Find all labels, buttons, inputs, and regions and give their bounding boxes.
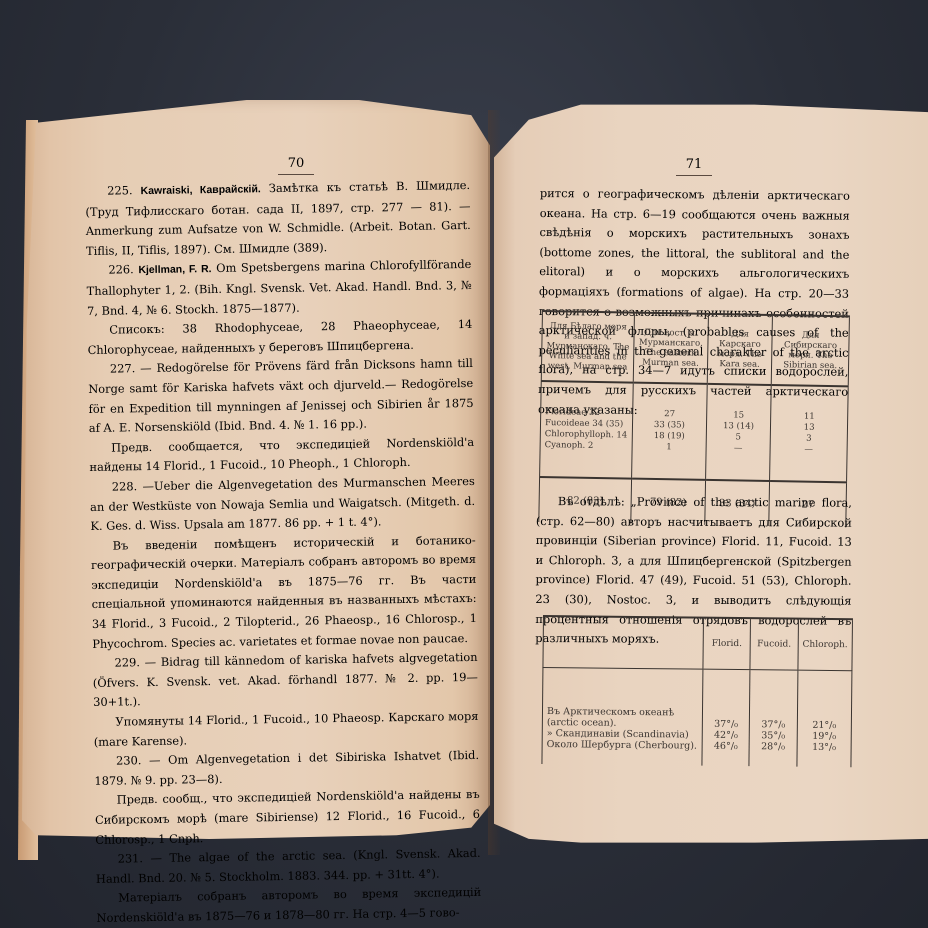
entry-number: 231.: [118, 851, 144, 865]
col-header: Для Бѣлаго моря и запад. ч. Мурманскаго.…: [541, 311, 634, 383]
col-header: Fucoid.: [750, 618, 798, 670]
left-page-number: 70: [266, 156, 326, 175]
open-book: 70 225. Kawraiski, Кавpайскій. Замѣтка к…: [0, 0, 928, 928]
entry-author: Kjellman, F. R.: [138, 263, 211, 276]
entry-number: 225.: [107, 183, 133, 197]
entry-number: 228.: [112, 479, 138, 493]
entry-text: — Redogörelse för Prövens färd från Dick…: [88, 356, 473, 435]
table-cell: 11 13 3 —: [770, 385, 848, 482]
col-header: Для Сибирскаго моря. The Sibirian sea.: [771, 315, 849, 386]
entry-number: 230.: [116, 753, 142, 767]
table-header-row: Для Бѣлаго моря и запад. ч. Мурманскаго.…: [541, 311, 849, 386]
entry-number: 229.: [114, 655, 140, 669]
entry-226: 226. Kjellman, F. R. Om Spetsbergens mar…: [86, 255, 472, 321]
entry-text: — Om Algenvegetation i det Sibiriska Ish…: [94, 748, 479, 788]
table-cell: 21°/₀ 19°/₀ 13°/₀: [797, 670, 852, 767]
entry-230: 230. — Om Algenvegetation i det Sibirisk…: [94, 746, 480, 791]
entry-225: 225. Kawraiski, Кавpайскій. Замѣтка къ с…: [85, 176, 471, 261]
percentage-table: Florid. Fucoid. Chloroph. Въ Арктическом…: [541, 615, 853, 767]
col-header: Florid.: [703, 618, 750, 670]
left-page-text: 225. Kawraiski, Кавpайскій. Замѣтка къ с…: [85, 176, 482, 928]
entry-number: 227.: [110, 362, 136, 376]
table-cell: Въ Арктическомъ океанѣ (arctic ocean). »…: [542, 668, 703, 766]
entry-228-note: Въ введеніи помѣщенъ историческій и бота…: [91, 531, 478, 655]
entry-author: Kawraiski, Кавpайскій.: [140, 183, 260, 197]
entry-number: 226.: [108, 263, 134, 277]
entry-text: — The algae of the arctic sea. (Kngl. Sv…: [96, 846, 481, 886]
entry-231: 231. — The algae of the arctic sea. (Kng…: [95, 844, 481, 889]
col-header: [543, 616, 704, 669]
table-row: Въ Арктическомъ океанѣ (arctic ocean). »…: [542, 668, 852, 768]
entry-231-note: Матеріалъ собранъ авторомъ во время эксп…: [96, 883, 482, 928]
entry-227-note: Предв. сообщается, что экспедиціей Norde…: [89, 433, 475, 478]
entry-227: 227. — Redogörelse för Prövens färd från…: [88, 354, 474, 438]
entry-229-note: Упомянуты 14 Florid., 1 Fucoid., 10 Phae…: [93, 707, 479, 752]
table-row: Florideae 32 Fucoideae 34 (35) Chlorophy…: [540, 381, 849, 482]
table-cell: 27 33 (35) 18 (19) 1: [632, 383, 707, 480]
table-cell: 15 13 (14) 5 —: [705, 384, 771, 481]
entry-text: — Bidrag till kännedom of kariska hafvet…: [93, 650, 478, 709]
table-cell: 37°/₀ 42°/₀ 46°/₀: [702, 669, 750, 766]
table-cell: Florideae 32 Fucoideae 34 (35) Chlorophy…: [540, 381, 634, 479]
col-header: Для вост. ч. Мурманскаго. The eastern Mu…: [633, 313, 708, 384]
entry-226-note: Списокъ: 38 Rhodophyceae, 28 Phaeophycea…: [87, 315, 473, 360]
entry-228: 228. —Ueber die Algenvegetation des Murm…: [90, 472, 476, 537]
table-header-row: Florid. Fucoid. Chloroph.: [543, 616, 853, 671]
entry-229: 229. — Bidrag till kännedom of kariska h…: [92, 648, 478, 713]
table-cell: 37°/₀ 35°/₀ 28°/₀: [749, 670, 798, 767]
col-header: Для Карскаго моря. The Kara sea.: [707, 314, 773, 385]
entry-230-note: Предв. сообщ., что экспедиціей Nordenski…: [95, 785, 481, 850]
right-page-number: 71: [664, 157, 724, 176]
col-header: Chloroph.: [798, 619, 853, 671]
entry-text: —Ueber die Algenvegetation des Murmansch…: [90, 474, 475, 533]
